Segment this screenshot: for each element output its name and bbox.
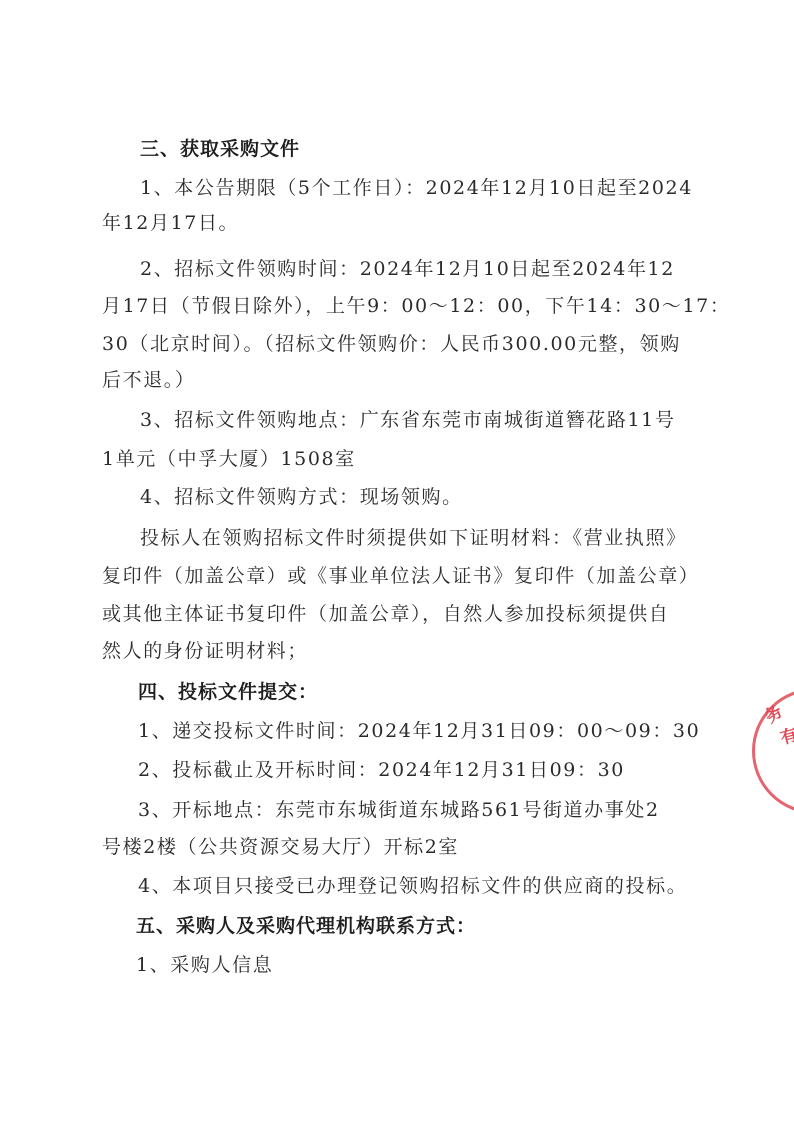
paragraph-line: 1、本公告期限（5个工作日）：2024年12月10日起至2024 (140, 175, 693, 201)
paragraph-line: 4、招标文件领购方式：现场领购。 (140, 484, 463, 510)
paragraph-line: 1、递交投标文件时间：2024年12月31日09：00～09：30 (138, 718, 700, 744)
paragraph-line: 年12月17日。 (102, 210, 239, 236)
paragraph-line: 3、招标文件领购地点：广东省东莞市南城街道簪花路11号 (140, 407, 675, 433)
paragraph-line: 2、投标截止及开标时间：2024年12月31日09：30 (138, 757, 625, 783)
paragraph-line: 或其他主体证书复印件（加盖公章），自然人参加投标须提供自 (102, 601, 669, 627)
paragraph-line: 后不退。） (102, 367, 196, 393)
section-3-heading: 三、获取采购文件 (140, 136, 300, 162)
section-4-heading: 四、投标文件提交： (138, 679, 318, 705)
paragraph-line: 2、招标文件领购时间：2024年12月10日起至2024年12 (140, 256, 675, 282)
paragraph-line: 然人的身份证明材料； (102, 638, 308, 664)
paragraph-line: 3、开标地点：东莞市东城街道东城路561号街道办事处2 (138, 797, 660, 823)
paragraph-line: 30（北京时间）。（招标文件领购价：人民币300.00元整，领购 (102, 331, 681, 357)
paragraph-line: 1、采购人信息 (136, 952, 273, 978)
paragraph-line: 1单元（中孚大厦）1508室 (102, 446, 356, 472)
paragraph-line: 月17日（节假日除外），上午9：00～12：00，下午14：30～17： (102, 293, 730, 319)
document-page: 三、获取采购文件 1、本公告期限（5个工作日）：2024年12月10日起至202… (0, 0, 794, 1122)
paragraph-line: 复印件（加盖公章）或《事业单位法人证书》复印件（加盖公章） (102, 563, 699, 589)
section-5-heading: 五、采购人及采购代理机构联系方式： (136, 913, 476, 939)
paragraph-line: 号楼2楼（公共资源交易大厅）开标2室 (102, 834, 459, 860)
paragraph-line: 投标人在领购招标文件时须提供如下证明材料：《营业执照》 (140, 525, 687, 551)
paragraph-line: 4、本项目只接受已办理登记领购招标文件的供应商的投标。 (138, 873, 687, 899)
